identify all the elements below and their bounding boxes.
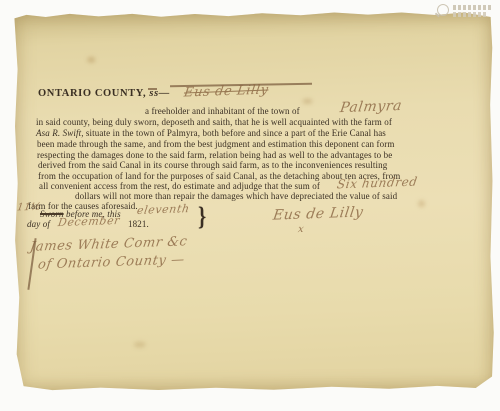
body-line: been made through the same, and from the… — [37, 139, 394, 149]
watermark-text-row — [453, 12, 487, 17]
paper-stain — [302, 99, 312, 104]
photo-stage: ONTARIO COUNTY, ss— Eus de Lilly a freeh… — [0, 0, 500, 411]
county-heading: ONTARIO COUNTY, ss— — [38, 89, 170, 99]
body-line: in said county, being duly sworn, depose… — [36, 117, 392, 127]
curly-brace: } — [198, 202, 206, 232]
body-line: a freeholder and inhabitant of the town … — [145, 106, 300, 116]
jurat-day-of: day of — [27, 219, 50, 229]
paper-stain — [87, 57, 95, 63]
handwritten-day-word: eleventh — [136, 202, 190, 217]
body-line: derived from the said Canal in its cours… — [38, 160, 387, 170]
handwritten-sum: Six hundred — [336, 175, 419, 192]
paper-stain — [418, 200, 425, 207]
watermark — [437, 2, 497, 19]
paper-stain — [134, 342, 146, 348]
handwritten-town: Palmyra — [339, 98, 403, 116]
body-line: respecting the damages done to the said … — [37, 150, 392, 160]
body-line-rest: situate in the town of Palmyra, both bef… — [84, 128, 386, 138]
deponent-farm-owner: Asa R. Swift, — [36, 128, 84, 138]
body-line: Asa R. Swift, situate in the town of Pal… — [36, 128, 386, 138]
body-line: all convenient access from the rest, do … — [39, 181, 320, 191]
handwritten-month: December — [57, 214, 121, 229]
pen-dash — [148, 88, 157, 90]
county-heading-text: ONTARIO COUNTY, — [38, 88, 149, 99]
jurat-year: 1821. — [128, 219, 149, 229]
margin-annotation: 11½ — [16, 202, 42, 214]
watermark-text-row — [453, 5, 493, 10]
crossed-out-name-handwriting: Eus de Lilly — [183, 82, 270, 100]
deponent-signature: Eus de Lilly — [272, 204, 365, 223]
body-line: dollars will not more than repair the da… — [75, 191, 397, 201]
county-heading-ss: ss— — [149, 88, 169, 99]
